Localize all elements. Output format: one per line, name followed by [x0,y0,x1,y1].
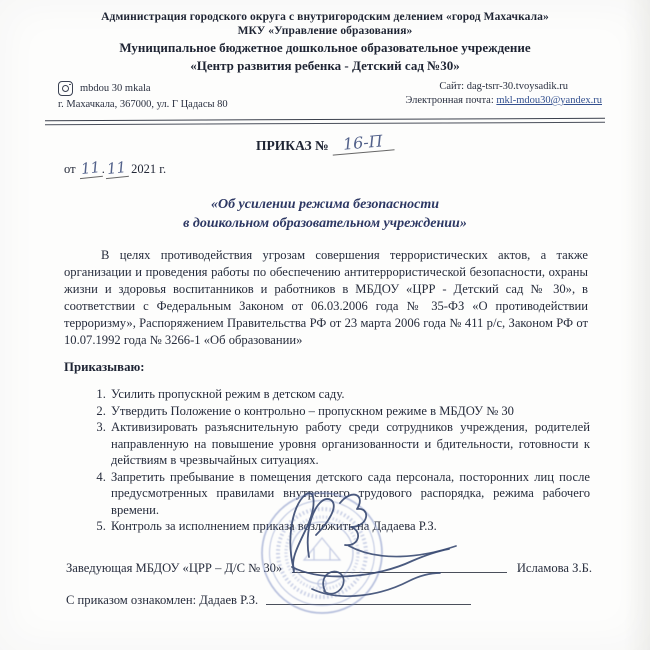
subject-line-2: в дошкольном образовательном учреждении» [0,214,650,233]
order-label: ПРИКАЗ № [256,138,329,153]
date-prefix: от [64,162,76,176]
head-signature-label: Заведующая МБДОУ «ЦРР – Д/С № 30» [66,561,282,576]
directive-item-2: Утвердить Положение о контрольно – пропу… [109,403,590,420]
postal-address: г. Махачкала, 367000, ул. Г Цадасы 80 [58,99,228,110]
site-url: dag-tsrr-30.tvoysadik.ru [467,81,568,92]
acknowledgement-label: С приказом ознакомлен: Дадаев Р.З. [66,593,258,608]
email-label: Электронная почта: [405,95,496,106]
head-signature-name: Исламова З.Б. [517,561,592,576]
contact-block: mbdou 30 mkala г. Махачкала, 367000, ул.… [0,74,650,110]
date-month-handwritten: 11 [104,158,129,179]
acknowledgement-signature-line [266,594,471,605]
date-year: 2021 г. [131,162,166,176]
contact-left: mbdou 30 mkala г. Махачкала, 367000, ул.… [58,81,228,110]
date-day-handwritten: 11 [78,158,103,179]
order-number-handwritten: 16-П [331,130,395,155]
header-administration: Администрация городского округа с внутри… [0,10,650,24]
document-header: Администрация городского округа с внутри… [0,0,650,74]
email-link: mkl-mdou30@yandex.ru [496,95,602,106]
scanned-order-document: Администрация городского округа с внутри… [0,0,650,650]
instagram-icon [58,81,73,96]
order-number-line: ПРИКАЗ № 16-П [0,135,650,155]
directive-item-3: Активизировать разъяснительную работу ср… [109,419,590,469]
preamble-paragraph: В целях противодействия угрозам совершен… [64,247,588,349]
head-signature-row: Заведующая МБДОУ «ЦРР – Д/С № 30» Исламо… [66,561,592,576]
site-label: Сайт: [439,81,466,92]
contact-right: Сайт: dag-tsrr-30.tvoysadik.ru Электронн… [405,81,602,110]
header-kindergarten-name: «Центр развития ребенка - Детский сад №3… [0,58,650,74]
directive-item-4: Запретить пребывание в помещения детског… [109,469,590,519]
subject-line-1: «Об усилении режима безопасности [0,195,650,214]
order-date-line: от 11.11 2021 г. [64,159,650,178]
directive-item-5: Контроль за исполнением приказа возложит… [109,518,590,535]
order-subject-title: «Об усилении режима безопасности в дошко… [0,195,650,233]
directive-lead: Приказываю: [64,360,650,375]
directive-list: Усилить пропускной режим в детском саду.… [0,386,590,535]
directive-item-1: Усилить пропускной режим в детском саду. [109,386,590,403]
instagram-handle: mbdou 30 mkala [80,83,151,94]
header-institution: Муниципальное бюджетное дошкольное образ… [0,40,650,56]
header-mku: МКУ «Управление образования» [0,24,650,38]
acknowledgement-row: С приказом ознакомлен: Дадаев Р.З. [66,593,471,608]
header-divider-line [45,118,605,125]
head-signature-line [292,562,507,573]
